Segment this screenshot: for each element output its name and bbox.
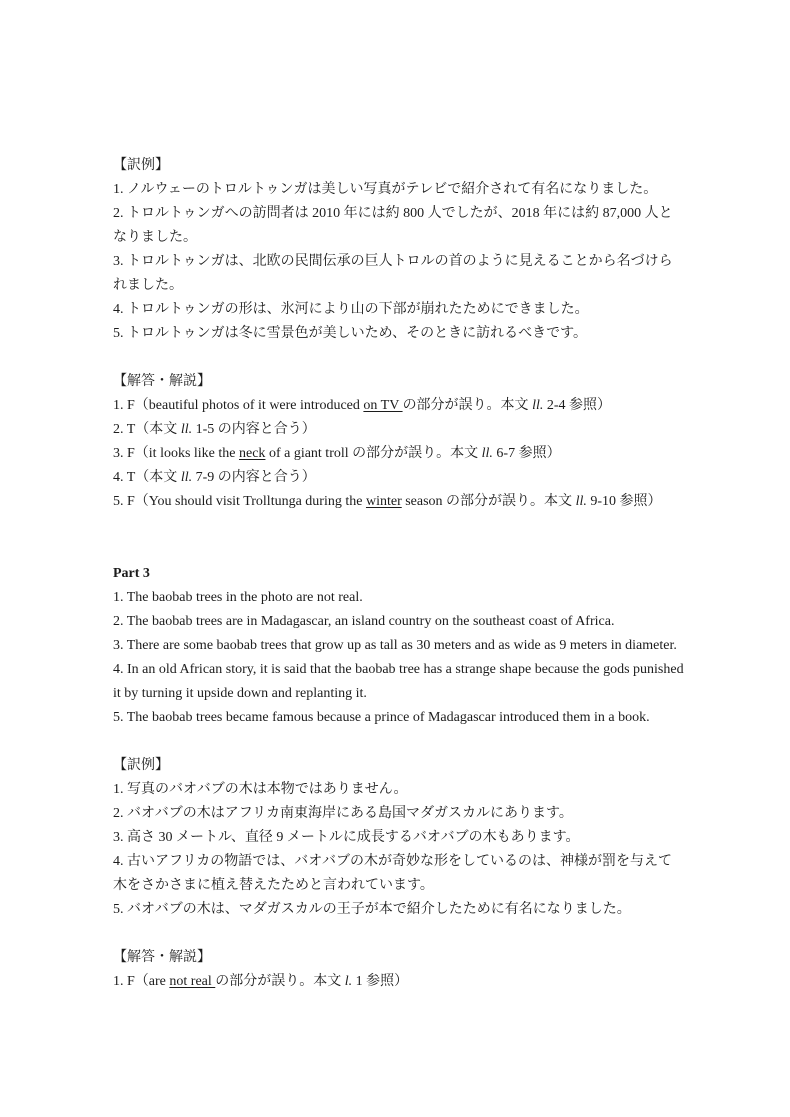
answer-text: of a giant troll の部分が誤り。本文 bbox=[265, 446, 481, 461]
answer-line-4: 4. T（本文 ll. 7-9 の内容と合う） bbox=[113, 466, 679, 490]
statement-4: 4. In an old African story, it is said t… bbox=[113, 658, 679, 682]
answer-line-1: 1. F（are not real の部分が誤り。本文 l. 1 参照） bbox=[113, 970, 679, 994]
underlined-phrase: winter bbox=[366, 494, 402, 509]
answer-text: 2. T（本文 bbox=[113, 422, 181, 437]
part3-section: Part 3 1. The baobab trees in the photo … bbox=[113, 562, 679, 730]
answer-text: の部分が誤り。本文 bbox=[215, 974, 345, 989]
translation-item-5: 5. トロルトゥンガは冬に雪景色が美しいため、そのときに訪れるべきです。 bbox=[113, 322, 679, 346]
document-page: 【訳例】 1. ノルウェーのトロルトゥンガは美しい写真がテレビで紹介されて有名に… bbox=[0, 0, 790, 1117]
answer-text: 3. F（it looks like the bbox=[113, 446, 239, 461]
line-reference-abbr: ll. bbox=[181, 470, 192, 485]
statement-5: 5. The baobab trees became famous becaus… bbox=[113, 706, 679, 730]
answer-line-5: 5. F（You should visit Trolltunga during … bbox=[113, 490, 679, 514]
part2-answers-section: 【解答・解説】 1. F（beautiful photos of it were… bbox=[113, 370, 679, 514]
answer-text: 5. F（You should visit Trolltunga during … bbox=[113, 494, 366, 509]
part2-translation-section: 【訳例】 1. ノルウェーのトロルトゥンガは美しい写真がテレビで紹介されて有名に… bbox=[113, 154, 679, 346]
answer-text: 4. T（本文 bbox=[113, 470, 181, 485]
translation-item-3: 3. トロルトゥンガは、北欧の民間伝承の巨人トロルの首のように見えることから名づ… bbox=[113, 250, 679, 274]
line-reference-abbr: ll. bbox=[576, 494, 587, 509]
translation-item-1: 1. ノルウェーのトロルトゥンガは美しい写真がテレビで紹介されて有名になりました… bbox=[113, 178, 679, 202]
answer-text: 1-5 の内容と合う） bbox=[192, 422, 316, 437]
part3-translation-section: 【訳例】 1. 写真のバオバブの木は本物ではありません。 2. バオバブの木はア… bbox=[113, 754, 679, 922]
translation-item-2-continuation: なりました。 bbox=[113, 226, 679, 250]
page-content: 【訳例】 1. ノルウェーのトロルトゥンガは美しい写真がテレビで紹介されて有名に… bbox=[113, 154, 679, 994]
statement-3: 3. There are some baobab trees that grow… bbox=[113, 634, 679, 658]
translation-item-4-continuation: 木をさかさまに植え替えたためと言われています。 bbox=[113, 874, 679, 898]
answer-text: の部分が誤り。本文 bbox=[403, 398, 533, 413]
statement-1: 1. The baobab trees in the photo are not… bbox=[113, 586, 679, 610]
line-reference-abbr: ll. bbox=[482, 446, 493, 461]
answer-line-3: 3. F（it looks like the neck of a giant t… bbox=[113, 442, 679, 466]
translation-item-2: 2. トロルトゥンガへの訪問者は 2010 年には約 800 人でしたが、201… bbox=[113, 202, 679, 226]
section-heading: 【訳例】 bbox=[113, 154, 679, 178]
part-heading: Part 3 bbox=[113, 562, 679, 586]
section-heading: 【解答・解説】 bbox=[113, 370, 679, 394]
translation-item-3: 3. 高さ 30 メートル、直径 9 メートルに成長するバオバブの木もあります。 bbox=[113, 826, 679, 850]
statement-2: 2. The baobab trees are in Madagascar, a… bbox=[113, 610, 679, 634]
answer-text: 1. F（are bbox=[113, 974, 169, 989]
line-reference-abbr: ll. bbox=[181, 422, 192, 437]
translation-item-1: 1. 写真のバオバブの木は本物ではありません。 bbox=[113, 778, 679, 802]
answer-text: 6-7 参照） bbox=[493, 446, 561, 461]
statement-4-continuation: it by turning it upside down and replant… bbox=[113, 682, 679, 706]
answer-text: 9-10 参照） bbox=[587, 494, 662, 509]
answer-text: 1 参照） bbox=[352, 974, 408, 989]
answer-line-2: 2. T（本文 ll. 1-5 の内容と合う） bbox=[113, 418, 679, 442]
answer-text: season の部分が誤り。本文 bbox=[402, 494, 576, 509]
answer-line-1: 1. F（beautiful photos of it were introdu… bbox=[113, 394, 679, 418]
translation-item-4: 4. 古いアフリカの物語では、バオバブの木が奇妙な形をしているのは、神様が罰を与… bbox=[113, 850, 679, 874]
underlined-phrase: neck bbox=[239, 446, 265, 461]
translation-item-5: 5. バオバブの木は、マダガスカルの王子が本で紹介したために有名になりました。 bbox=[113, 898, 679, 922]
answer-text: 1. F（beautiful photos of it were introdu… bbox=[113, 398, 363, 413]
underlined-phrase: on TV bbox=[363, 398, 402, 413]
section-heading: 【訳例】 bbox=[113, 754, 679, 778]
translation-item-3-continuation: れました。 bbox=[113, 274, 679, 298]
section-heading: 【解答・解説】 bbox=[113, 946, 679, 970]
translation-item-2: 2. バオバブの木はアフリカ南東海岸にある島国マダガスカルにあります。 bbox=[113, 802, 679, 826]
part3-answers-section: 【解答・解説】 1. F（are not real の部分が誤り。本文 l. 1… bbox=[113, 946, 679, 994]
line-reference-abbr: ll. bbox=[532, 398, 543, 413]
translation-item-4: 4. トロルトゥンガの形は、氷河により山の下部が崩れたためにできました。 bbox=[113, 298, 679, 322]
answer-text: 7-9 の内容と合う） bbox=[192, 470, 316, 485]
underlined-phrase: not real bbox=[169, 974, 215, 989]
answer-text: 2-4 参照） bbox=[543, 398, 611, 413]
